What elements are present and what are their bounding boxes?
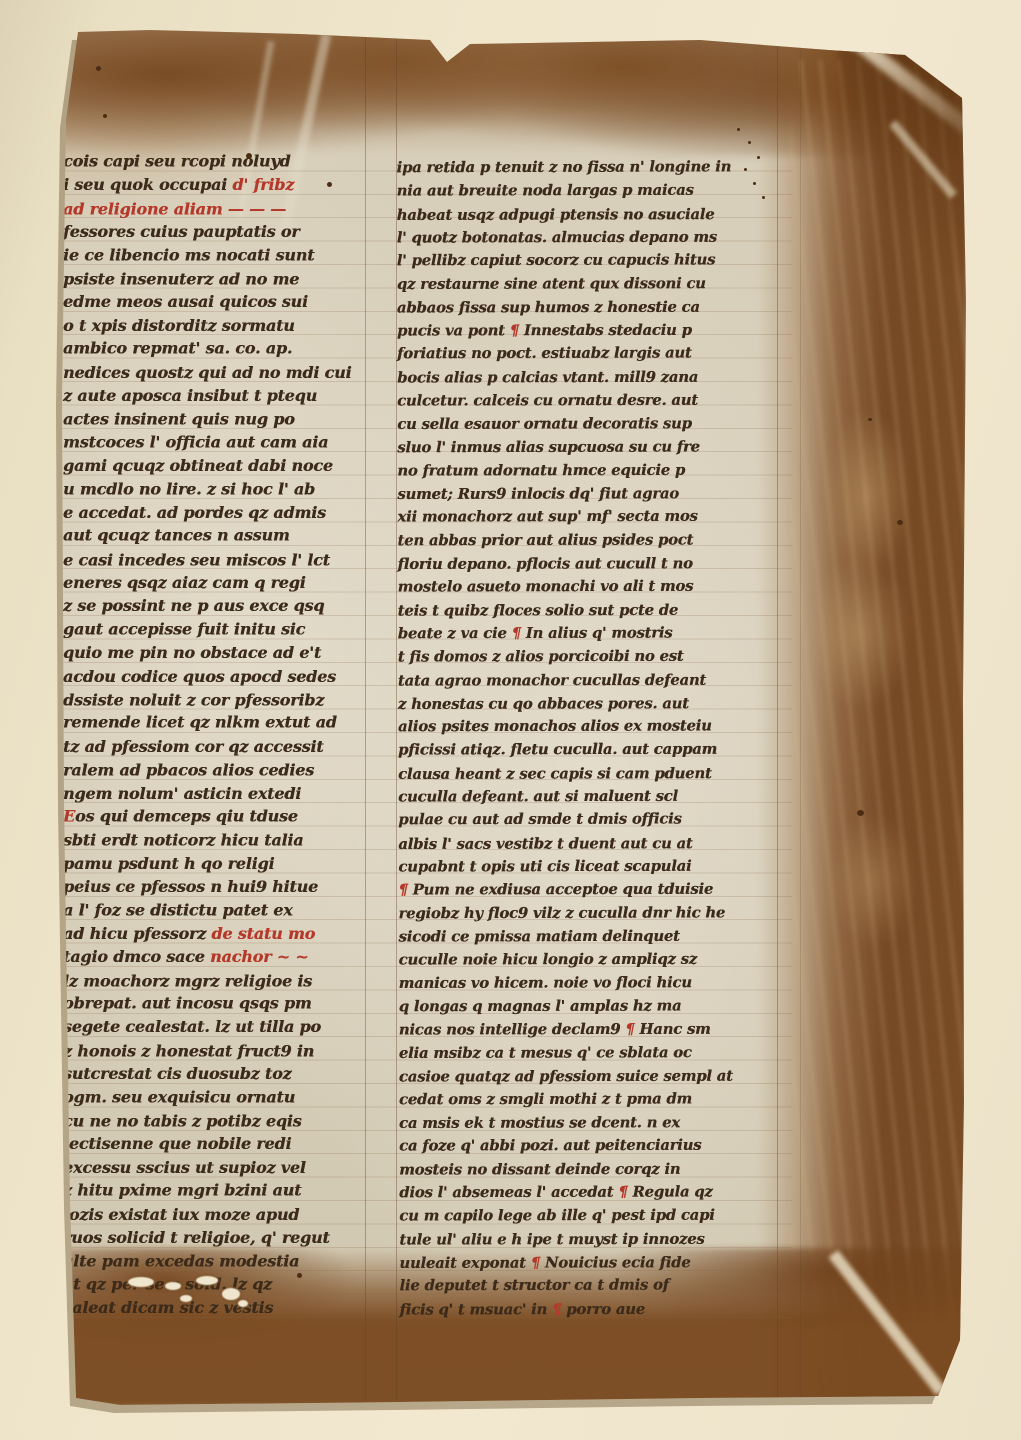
- manuscript-line: t fis domos z alios porcicoibi no est: [398, 645, 793, 669]
- manuscript-line: at qz per se e sold. lz qz: [63, 1272, 368, 1295]
- rubric-text: ¶: [552, 1301, 561, 1318]
- ink-text: lie deputet t structor ca t dmis of: [399, 1277, 668, 1295]
- worm-hole: [96, 66, 101, 71]
- manuscript-line: obrepat. aut incosu qsqs pm: [63, 992, 368, 1015]
- worm-hole: [737, 128, 740, 131]
- parchment-loss: [222, 1288, 240, 1300]
- worm-hole: [897, 520, 903, 525]
- manuscript-line: lie deputet t structor ca t dmis of: [399, 1273, 794, 1297]
- manuscript-line: ca msis ek t mostius se dcent. n ex: [399, 1111, 794, 1135]
- ink-text: tz ad pfessiom cor qz accessit: [63, 737, 323, 756]
- ink-text: i seu quok occupai: [63, 175, 232, 194]
- ink-text: ten abbas prior aut alius psides poct: [397, 531, 693, 549]
- ink-text: casioe quatqz ad pfessiom suice sempl at: [399, 1067, 733, 1085]
- ink-text: mstcoces l' officia aut cam aia: [63, 432, 328, 451]
- ink-text: manicas vo hicem. noie vo floci hicu: [399, 975, 692, 993]
- ink-text: cupabnt t opis uti cis liceat scapulai: [398, 858, 691, 876]
- manuscript-line: foriatius no poct. estiuabz largis aut: [397, 342, 792, 366]
- ink-text: actes insinent quis nug po: [63, 410, 295, 429]
- manuscript-line: tagio dmco sace nachor ~ ~: [63, 945, 368, 968]
- manuscript-line: mstcoces l' officia aut cam aia: [63, 430, 368, 453]
- rubric-text: nachor ~ ~: [210, 947, 308, 966]
- ink-text: a l' foz se distictu patet ex: [63, 900, 293, 919]
- ink-text: tagio dmco sace: [63, 947, 210, 966]
- ink-text: clausa heant z sec capis si cam pduent: [398, 765, 711, 783]
- manuscript-line: floriu depano. pflocis aut cucull t no: [398, 552, 793, 576]
- worm-hole: [327, 182, 332, 187]
- rubric-text: ¶: [398, 882, 407, 899]
- manuscript-line: mostelo asueto monachi vo ali t mos: [398, 575, 793, 599]
- ink-text: Regula qz: [627, 1183, 712, 1200]
- ink-text: no fratum adornatu hmce equicie p: [397, 462, 685, 480]
- manuscript-line: tata agrao monachor cucullas defeant: [398, 668, 793, 692]
- manuscript-line: z honestas cu qo abbaces pores. aut: [398, 692, 793, 716]
- manuscript-line: lz moachorz mgrz religioe is: [63, 969, 368, 992]
- manuscript-line: i seu quok occupai d' fribz: [63, 173, 368, 196]
- ink-text: edme meos ausai quicos sui: [63, 292, 308, 311]
- manuscript-line: pulae cu aut ad smde t dmis officis: [398, 807, 793, 831]
- manuscript-line: ralem ad pbacos alios cedies: [63, 759, 368, 782]
- manuscript-line: regiobz hy floc9 vilz z cuculla dnr hic …: [398, 901, 793, 925]
- manuscript-photo: cois capi seu rcopi noluydi seu quok occ…: [0, 0, 1021, 1440]
- manuscript-line: cuculle noie hicu longio z ampliqz sz: [399, 948, 794, 972]
- parchment-loss: [238, 1300, 248, 1307]
- ink-text: sicodi ce pmissa matiam delinquet: [398, 928, 679, 946]
- manuscript-line: ipa retida p tenuit z no fissa n' longin…: [396, 155, 791, 179]
- ink-text: o t xpis distorditz sormatu: [63, 316, 295, 335]
- worm-hole: [753, 182, 756, 185]
- ink-text: qz restaurne sine atent qux dissoni cu: [397, 276, 706, 294]
- worm-hole: [857, 810, 864, 816]
- manuscript-line: u mcdlo no lire. z si hoc l' ab: [63, 478, 368, 501]
- manuscript-line: Eos qui demceps qiu tduse: [63, 805, 368, 828]
- manuscript-line: nicas nos intellige declam9 ¶ Hanc sm: [399, 1017, 794, 1041]
- manuscript-line: l' pellibz capiut socorz cu capucis hitu…: [397, 248, 792, 272]
- manuscript-line: l' quotz botonatas. almucias depano ms: [397, 225, 792, 249]
- ink-text: ipa retida p tenuit z no fissa n' longin…: [396, 158, 731, 176]
- rubric-text: ¶: [618, 1184, 627, 1201]
- ink-text: uuleait exponat: [399, 1255, 530, 1272]
- ink-text: teis t quibz floces solio sut pcte de: [398, 601, 678, 619]
- ink-text: albis l' sacs vestibz t duent aut cu at: [398, 835, 692, 853]
- ink-text: pulae cu aut ad smde t dmis officis: [398, 811, 681, 829]
- manuscript-line: z honois z honestat fruct9 in: [63, 1039, 368, 1062]
- manuscript-line: sumet; Rurs9 inlocis dq' fiut agrao: [397, 482, 792, 506]
- manuscript-line: edme meos ausai quicos sui: [63, 290, 368, 313]
- manuscript-line: ie ce libencio ms nocati sunt: [63, 243, 368, 266]
- ink-text: gami qcuqz obtineat dabi noce: [63, 456, 333, 475]
- ink-text: cuculle noie hicu longio z ampliqz sz: [399, 951, 697, 969]
- ink-text: z honestas cu qo abbaces pores. aut: [398, 695, 689, 713]
- manuscript-line: habeat usqz adpugi ptensis no asuciale: [397, 202, 792, 226]
- manuscript-line: alios psites monachos alios ex mosteiu: [398, 714, 793, 738]
- ink-text: cu sella esauor ornatu decoratis sup: [397, 415, 692, 433]
- manuscript-line: cois capi seu rcopi noluyd: [63, 150, 368, 173]
- ink-text: os qui demceps qiu tduse: [75, 807, 298, 826]
- manuscript-line: actes insinent quis nug po: [63, 408, 368, 431]
- ink-text: Innestabs stedaciu p: [519, 322, 692, 339]
- ink-text: nia aut breuite noda largas p maicas: [397, 182, 694, 200]
- manuscript-line: z hitu pxime mgri bzini aut: [63, 1179, 368, 1202]
- ink-text: aut qcuqz tances n assum: [63, 526, 290, 545]
- manuscript-line: quio me pin no obstace ad e't: [63, 641, 368, 664]
- ink-text: obrepat. aut incosu qsqs pm: [63, 994, 312, 1013]
- ink-text: abbaos fissa sup humos z honestie ca: [397, 299, 700, 317]
- ink-text: sumet; Rurs9 inlocis dq' fiut agrao: [397, 485, 679, 503]
- manuscript-leaf: cois capi seu rcopi noluydi seu quok occ…: [0, 0, 1021, 1440]
- manuscript-line: cu sella esauor ornatu decoratis sup: [397, 412, 792, 436]
- manuscript-line: no fratum adornatu hmce equicie p: [397, 458, 792, 482]
- ink-text: pficissi atiqz. fletu cuculla. aut cappa…: [398, 741, 717, 759]
- ink-text: cedat oms z smgli mothi z t pma dm: [399, 1090, 692, 1108]
- ink-text: ficis q' t msuac' in: [399, 1301, 552, 1318]
- manuscript-line: tz ad pfessiom cor qz accessit: [63, 735, 368, 758]
- manuscript-line: bocis alias p calcias vtant. mill9 zana: [397, 365, 792, 389]
- manuscript-line: sbti erdt noticorz hicu talia: [63, 829, 368, 852]
- manuscript-line: peius ce pfessos n hui9 hitue: [63, 875, 368, 898]
- ink-text: sutcrestat cis duosubz toz: [63, 1064, 291, 1083]
- worm-hole: [103, 114, 107, 118]
- manuscript-line: tule ul' aliu e h ipe t muyst ip innozes: [399, 1227, 794, 1251]
- manuscript-line: cedat oms z smgli mothi z t pma dm: [399, 1087, 794, 1111]
- manuscript-line: ambico repmat' sa. co. ap.: [63, 337, 368, 360]
- ink-text: regiobz hy floc9 vilz z cuculla dnr hic …: [398, 904, 725, 922]
- ink-text: acdou codice quos apocd sedes: [63, 667, 336, 686]
- manuscript-line: cu m capilo lege ab ille q' pest ipd cap…: [399, 1204, 794, 1228]
- ink-text: foriatius no poct. estiuabz largis aut: [397, 345, 692, 363]
- ink-text: ralem ad pbacos alios cedies: [63, 761, 314, 780]
- ink-text: pucis va pont: [397, 322, 510, 339]
- ink-text: sluo l' inmus alias supcuosa su cu fre: [397, 438, 700, 456]
- parchment-loss: [128, 1277, 154, 1287]
- manuscript-line: dssiste noluit z cor pfessoribz: [63, 688, 368, 711]
- rubric-text: E: [63, 807, 75, 826]
- manuscript-line: z se possint ne p aus exce qsq: [63, 594, 368, 617]
- ink-text: tule ul' aliu e h ipe t muyst ip innozes: [399, 1230, 704, 1248]
- manuscript-line: mosteis no dissant deinde corqz in: [399, 1157, 794, 1181]
- ink-text: porro aue: [561, 1300, 645, 1317]
- ink-text: l' quotz botonatas. almucias depano ms: [397, 229, 717, 247]
- ink-text: cuculla defeant. aut si maluent scl: [398, 788, 678, 806]
- ink-text: cu ne no tabis z potibz eqis: [63, 1111, 302, 1130]
- ink-text: habeat usqz adpugi ptensis no asuciale: [397, 206, 715, 224]
- manuscript-line: albis l' sacs vestibz t duent aut cu at: [398, 831, 793, 855]
- worm-hole: [868, 418, 872, 421]
- rubric-text: ¶: [531, 1255, 540, 1272]
- text-column-right: ipa retida p tenuit z no fissa n' longin…: [396, 155, 794, 1321]
- ink-text: Nouicius ecia fide: [540, 1254, 691, 1271]
- ink-text: alios psites monachos alios ex mosteiu: [398, 718, 712, 736]
- ink-text: Pum ne exdiusa acceptoe qua tduisie: [408, 881, 713, 899]
- ink-text: l' pellibz capiut socorz cu capucis hitu…: [397, 252, 715, 270]
- manuscript-line: lozis existat iux moze apud: [63, 1203, 368, 1226]
- manuscript-line: manicas vo hicem. noie vo floci hicu: [399, 971, 794, 995]
- ink-text: lozis existat iux moze apud: [63, 1205, 299, 1224]
- manuscript-line: psiste insenuterz ad no me: [63, 267, 368, 290]
- ink-text: segete cealestat. lz ut tilla po: [63, 1017, 321, 1036]
- worm-hole: [246, 153, 252, 159]
- ink-text: ogm. seu exquisicu ornatu: [63, 1087, 295, 1106]
- ink-text: ca foze q' abbi pozi. aut peitenciarius: [399, 1137, 701, 1155]
- ink-text: ambico repmat' sa. co. ap.: [63, 339, 292, 358]
- worm-hole: [757, 156, 760, 159]
- ink-text: z hitu pxime mgri bzini aut: [63, 1181, 301, 1200]
- worm-hole: [297, 1273, 302, 1278]
- worm-hole: [744, 168, 747, 171]
- manuscript-line: xii monachorz aut sup' mf' secta mos: [397, 505, 792, 529]
- manuscript-line: gami qcuqz obtineat dabi noce: [63, 454, 368, 477]
- ink-text: z se possint ne p aus exce qsq: [63, 596, 324, 615]
- ink-text: sbti erdt noticorz hicu talia: [63, 831, 303, 850]
- manuscript-line: ogm. seu exquisicu ornatu: [63, 1085, 368, 1108]
- ink-text: peius ce pfessos n hui9 hitue: [63, 877, 318, 896]
- ink-text: xii monachorz aut sup' mf' secta mos: [397, 508, 697, 526]
- manuscript-line: ngem nolum' asticin extedi: [63, 782, 368, 805]
- ink-text: ngem nolum' asticin extedi: [63, 784, 301, 803]
- ink-text: z honois z honestat fruct9 in: [63, 1041, 314, 1060]
- manuscript-line: ten abbas prior aut alius psides poct: [397, 528, 792, 552]
- manuscript-line: excessu sscius ut supioz vel: [63, 1156, 368, 1179]
- ink-text: mosteis no dissant deinde corqz in: [399, 1161, 680, 1179]
- manuscript-line: sutcrestat cis duosubz toz: [63, 1062, 368, 1085]
- ink-text: quio me pin no obstace ad e't: [63, 643, 321, 662]
- ruling-vertical-margin: [800, 28, 801, 1400]
- ink-text: floriu depano. pflocis aut cucull t no: [398, 555, 693, 573]
- ink-text: excessu sscius ut supioz vel: [63, 1158, 306, 1177]
- manuscript-line: dios l' absemeas l' accedat ¶ Regula qz: [399, 1180, 794, 1204]
- ink-text: Hanc sm: [634, 1021, 710, 1038]
- manuscript-line: ad religione aliam — — —: [63, 197, 368, 220]
- parchment-loss: [196, 1276, 218, 1285]
- manuscript-line: z aute aposca insibut t ptequ: [63, 384, 368, 407]
- ink-text: alte pam excedas modestia: [63, 1252, 299, 1271]
- manuscript-line: sluo l' inmus alias supcuosa su cu fre: [397, 435, 792, 459]
- rubric-text: ¶: [625, 1021, 634, 1038]
- ink-text: q longas q magnas l' amplas hz ma: [399, 997, 682, 1015]
- rubric-text: d' fribz: [232, 175, 294, 194]
- ink-text: tata agrao monachor cucullas defeant: [398, 671, 706, 689]
- rubric-text: ¶: [512, 625, 521, 642]
- ink-text: nedices quostz qui ad no mdi cui: [63, 363, 351, 382]
- ink-text: elia msibz ca t mesus q' ce sblata oc: [399, 1044, 692, 1062]
- ink-text: psiste insenuterz ad no me: [63, 269, 299, 288]
- manuscript-line: e accedat. ad pordes qz admis: [63, 501, 368, 524]
- ink-text: lz moachorz mgrz religioe is: [63, 971, 312, 990]
- manuscript-line: pucis va pont ¶ Innestabs stedaciu p: [397, 319, 792, 343]
- manuscript-line: clausa heant z sec capis si cam pduent: [398, 762, 793, 786]
- ink-text: pamu psdunt h qo religi: [63, 854, 274, 873]
- manuscript-line: cupabnt t opis uti cis liceat scapulai: [398, 854, 793, 878]
- manuscript-line: pficissi atiqz. fletu cuculla. aut cappa…: [398, 738, 793, 762]
- ink-text: beate z va cie: [398, 625, 512, 642]
- manuscript-line: alte pam excedas modestia: [63, 1250, 368, 1273]
- parchment-loss: [165, 1282, 181, 1290]
- ink-text: e casi incedes seu miscos l' lct: [63, 550, 330, 569]
- ink-text: culcetur. calceis cu ornatu desre. aut: [397, 392, 698, 410]
- manuscript-line: ruos solicid t religioe, q' regut: [63, 1226, 368, 1249]
- manuscript-line: ca foze q' abbi pozi. aut peitenciarius: [399, 1134, 794, 1158]
- manuscript-line: lectisenne que nobile redi: [63, 1132, 368, 1155]
- ink-text: nicas nos intellige declam9: [399, 1021, 626, 1039]
- ink-text: ca msis ek t mostius se dcent. n ex: [399, 1114, 680, 1132]
- ink-text: gaut accepisse fuit initu sic: [63, 620, 305, 639]
- manuscript-line: a l' foz se distictu patet ex: [63, 898, 368, 921]
- manuscript-line: sicodi ce pmissa matiam delinquet: [398, 924, 793, 948]
- manuscript-line: elia msibz ca t mesus q' ce sblata oc: [399, 1041, 794, 1065]
- ink-text: cu m capilo lege ab ille q' pest ipd cap…: [399, 1207, 714, 1225]
- manuscript-line: segete cealestat. lz ut tilla po: [63, 1015, 368, 1038]
- ink-text: fessores cuius pauptatis or: [63, 222, 299, 241]
- manuscript-line: acdou codice quos apocd sedes: [63, 665, 368, 688]
- manuscript-line: ¶ Pum ne exdiusa acceptoe qua tduisie: [398, 878, 793, 902]
- worm-hole: [762, 196, 765, 199]
- rubric-text: ¶: [510, 322, 519, 339]
- ink-text: In alius q' mostris: [521, 624, 673, 641]
- manuscript-line: qz restaurne sine atent qux dissoni cu: [397, 272, 792, 296]
- manuscript-line: cu ne no tabis z potibz eqis: [63, 1109, 368, 1132]
- manuscript-line: valeat dicam sic z vestis: [63, 1296, 368, 1319]
- manuscript-line: eneres qsqz aiaz cam q regi: [63, 571, 368, 594]
- ink-text: eneres qsqz aiaz cam q regi: [63, 573, 306, 592]
- ink-text: z aute aposca insibut t ptequ: [63, 386, 317, 405]
- parchment-loss: [180, 1295, 192, 1302]
- ink-text: bocis alias p calcias vtant. mill9 zana: [397, 368, 698, 386]
- ink-text: dssiste noluit z cor pfessoribz: [63, 690, 324, 709]
- manuscript-line: teis t quibz floces solio sut pcte de: [398, 598, 793, 622]
- ink-text: dios l' absemeas l' accedat: [399, 1184, 618, 1202]
- ink-text: remende licet qz nlkm extut ad: [63, 713, 337, 732]
- manuscript-line: beate z va cie ¶ In alius q' mostris: [398, 621, 793, 645]
- worm-hole: [748, 141, 751, 144]
- ink-text: t fis domos z alios porcicoibi no est: [398, 648, 684, 666]
- manuscript-line: abbaos fissa sup humos z honestie ca: [397, 295, 792, 319]
- manuscript-line: nedices quostz qui ad no mdi cui: [63, 361, 368, 384]
- ink-text: u mcdlo no lire. z si hoc l' ab: [63, 480, 315, 499]
- manuscript-line: casioe quatqz ad pfessiom suice sempl at: [399, 1064, 794, 1088]
- manuscript-line: pamu psdunt h qo religi: [63, 852, 368, 875]
- manuscript-line: q longas q magnas l' amplas hz ma: [399, 994, 794, 1018]
- ink-text: ie ce libencio ms nocati sunt: [63, 245, 314, 264]
- manuscript-line: nia aut breuite noda largas p maicas: [397, 179, 792, 203]
- ink-text: ruos solicid t religioe, q' regut: [63, 1228, 330, 1247]
- manuscript-line: gaut accepisse fuit initu sic: [63, 618, 368, 641]
- manuscript-line: ad hicu pfessorz de statu mo: [63, 922, 368, 945]
- manuscript-line: e casi incedes seu miscos l' lct: [63, 548, 368, 571]
- manuscript-line: uuleait exponat ¶ Nouicius ecia fide: [399, 1251, 794, 1275]
- manuscript-line: culcetur. calceis cu ornatu desre. aut: [397, 388, 792, 412]
- manuscript-line: ficis q' t msuac' in ¶ porro aue: [399, 1297, 794, 1321]
- manuscript-line: o t xpis distorditz sormatu: [63, 314, 368, 337]
- ink-text: mostelo asueto monachi vo ali t mos: [398, 578, 694, 596]
- ink-text: cois capi seu rcopi noluyd: [63, 152, 290, 171]
- rubric-text: de statu mo: [211, 924, 315, 943]
- ink-text: e accedat. ad pordes qz admis: [63, 503, 326, 522]
- ink-text: ad hicu pfessorz: [63, 924, 211, 943]
- manuscript-line: cuculla defeant. aut si maluent scl: [398, 784, 793, 808]
- text-column-left: cois capi seu rcopi noluydi seu quok occ…: [63, 150, 368, 1320]
- rubric-text: ad religione aliam — — —: [63, 199, 286, 218]
- ink-text: lectisenne que nobile redi: [63, 1134, 291, 1153]
- manuscript-line: fessores cuius pauptatis or: [63, 220, 368, 243]
- manuscript-line: remende licet qz nlkm extut ad: [63, 711, 368, 734]
- manuscript-line: aut qcuqz tances n assum: [63, 524, 368, 547]
